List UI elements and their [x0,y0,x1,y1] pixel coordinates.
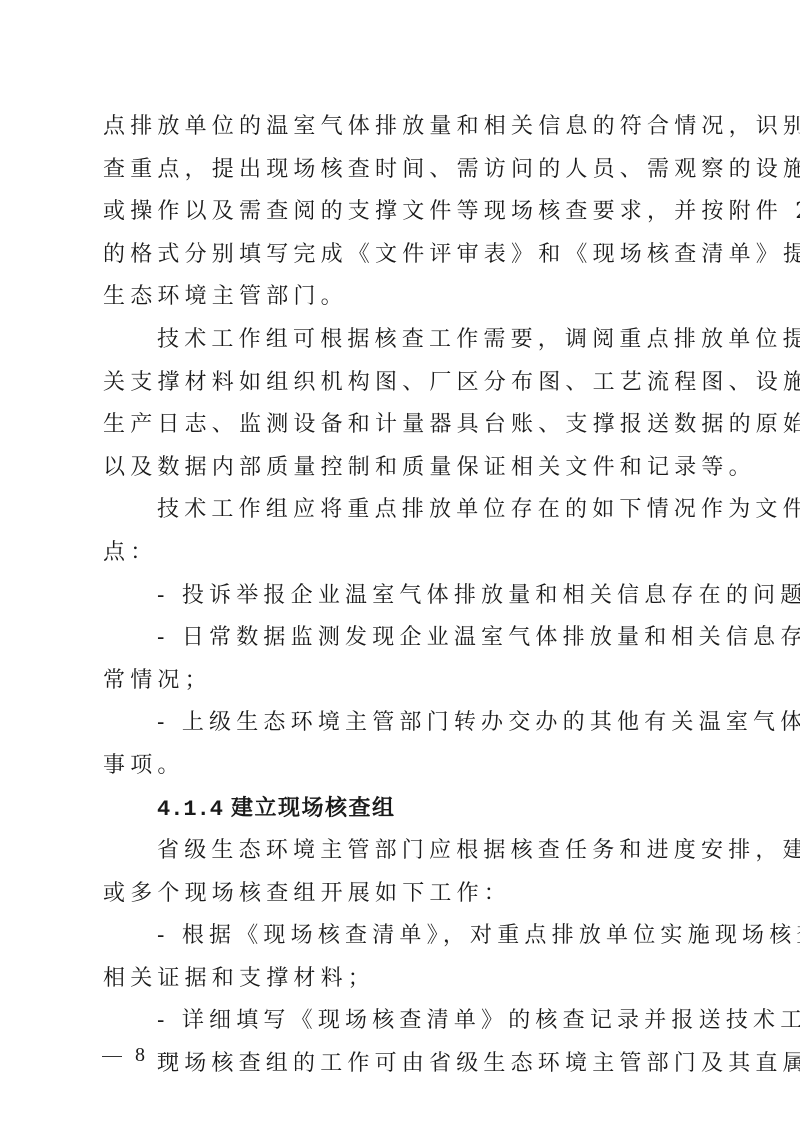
paragraph-line: 技术工作组应将重点排放单位存在的如下情况作为文件评审重 [103,489,703,532]
paragraph-line: 省级生态环境主管部门应根据核查任务和进度安排，建立一个 [103,830,703,873]
paragraph-line: 点排放单位的温室气体排放量和相关信息的符合情况，识别现场核 [103,106,703,149]
list-item: - 根据《现场核查清单》，对重点排放单位实施现场核查，收集 [103,915,703,958]
paragraph-line: 生态环境主管部门。 [103,276,703,319]
list-item: - 详细填写《现场核查清单》的核查记录并报送技术工作组。 [103,1000,703,1043]
section-number: 4.1.4 [157,797,223,822]
paragraph-line: 现场核查组的工作可由省级生态环境主管部门及其直属机构承 [103,1043,703,1086]
paragraph-line: 或多个现场核查组开展如下工作： [103,873,703,916]
section-heading: 4.1.4建立现场核查组 [103,788,703,831]
footer-dash-right [158,1056,178,1058]
list-item: - 投诉举报企业温室气体排放量和相关信息存在的问题； [103,575,703,618]
paragraph-line: 以及数据内部质量控制和质量保证相关文件和记录等。 [103,447,703,490]
footer-dash-left [102,1056,122,1058]
paragraph-line: 技术工作组可根据核查工作需要，调阅重点排放单位提交的相 [103,319,703,362]
list-item: - 日常数据监测发现企业温室气体排放量和相关信息存在的异 [103,617,703,660]
section-title: 建立现场核查组 [231,796,396,821]
paragraph-line: 点： [103,532,703,575]
document-page: 点排放单位的温室气体排放量和相关信息的符合情况，识别现场核 查重点，提出现场核查… [103,106,703,1086]
list-item-continuation: 相关证据和支撑材料； [103,958,703,1001]
page-footer: 8 [102,1044,178,1067]
list-item-continuation: 常情况； [103,660,703,703]
list-item: - 上级生态环境主管部门转办交办的其他有关温室气体排放的 [103,702,703,745]
paragraph-line: 查重点，提出现场核查时间、需访问的人员、需观察的设施、设备 [103,149,703,192]
paragraph-line: 生产日志、监测设备和计量器具台账、支撑报送数据的原始凭证， [103,404,703,447]
paragraph-line: 的格式分别填写完成《文件评审表》和《现场核查清单》提交省级 [103,234,703,277]
page-number: 8 [135,1044,145,1067]
paragraph-line: 关支撑材料如组织机构图、厂区分布图、工艺流程图、设施台账、 [103,362,703,405]
paragraph-line: 或操作以及需查阅的支撑文件等现场核查要求，并按附件 2 和附件 3 [103,191,703,234]
list-item-continuation: 事项。 [103,745,703,788]
